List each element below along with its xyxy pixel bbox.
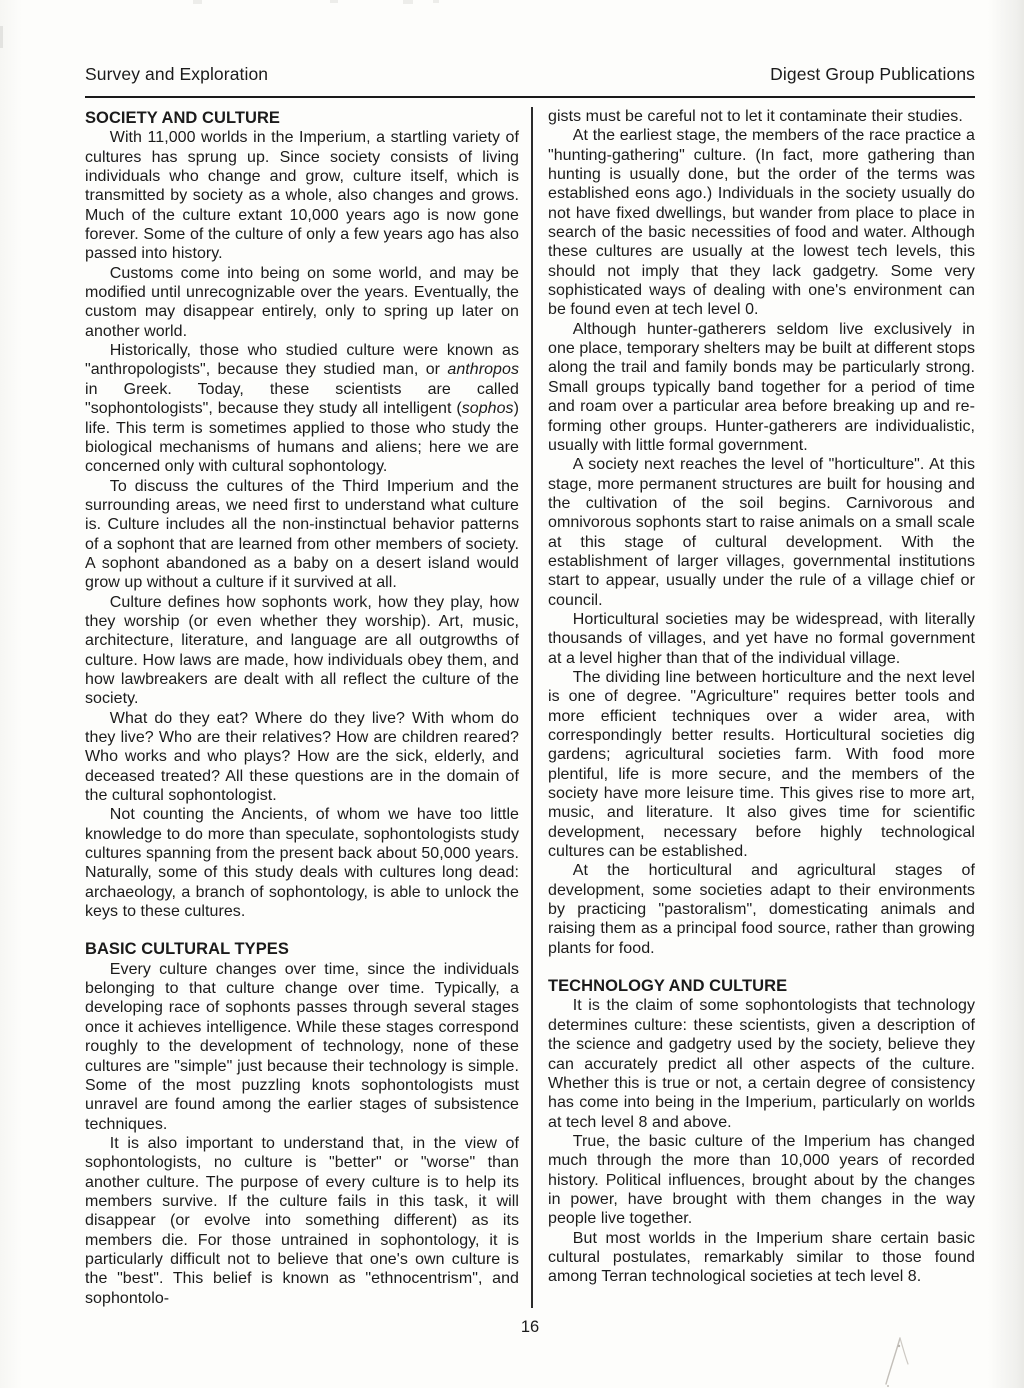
scan-artifact xyxy=(403,0,413,4)
running-header-left: Survey and Exploration xyxy=(85,64,268,85)
paragraph: To discuss the cultures of the Third Imp… xyxy=(85,477,519,593)
header-rule xyxy=(85,96,975,98)
right-column: gists must be careful not to let it cont… xyxy=(548,107,975,1308)
paragraph: What do they eat? Where do they live? Wi… xyxy=(85,709,519,806)
scan-artifact xyxy=(433,0,439,3)
paragraph: But most worlds in the Imperium share ce… xyxy=(548,1229,975,1287)
column-divider xyxy=(531,107,533,1308)
paragraph: Not counting the Ancients, of whom we ha… xyxy=(85,805,519,921)
paragraph: It is the claim of some sophontologists … xyxy=(548,996,975,1131)
paragraph: At the earliest stage, the members of th… xyxy=(548,126,975,319)
paragraph: Every culture changes over time, since t… xyxy=(85,960,519,1134)
paragraph: Historically, those who studied culture … xyxy=(85,341,519,476)
paragraph: With 11,000 worlds in the Imperium, a st… xyxy=(85,128,519,263)
page-number: 16 xyxy=(521,1318,539,1336)
paragraph: Although hunter-gatherers seldom live ex… xyxy=(548,320,975,455)
paragraph: It is also important to understand that,… xyxy=(85,1134,519,1308)
section-heading: TECHNOLOGY AND CULTURE xyxy=(548,977,975,996)
pencil-mark xyxy=(872,1322,920,1388)
scan-artifact xyxy=(193,0,202,4)
scanned-document-page: Survey and Exploration Digest Group Publ… xyxy=(0,0,1024,1388)
scan-artifact xyxy=(0,26,3,48)
section-heading: BASIC CULTURAL TYPES xyxy=(85,940,519,959)
running-header-right: Digest Group Publications xyxy=(770,64,975,85)
paragraph: True, the basic culture of the Imperium … xyxy=(548,1132,975,1229)
running-header: Survey and Exploration Digest Group Publ… xyxy=(85,64,975,85)
two-column-layout: SOCIETY AND CULTUREWith 11,000 worlds in… xyxy=(85,107,975,1308)
scan-artifact xyxy=(330,0,338,3)
page-footer: 16 xyxy=(85,1318,975,1337)
section-heading: SOCIETY AND CULTURE xyxy=(85,109,519,128)
paragraph: A society next reaches the level of "hor… xyxy=(548,455,975,610)
paragraph: Culture defines how sophonts work, how t… xyxy=(85,593,519,709)
paragraph: The dividing line between horticulture a… xyxy=(548,668,975,861)
paragraph: gists must be careful not to let it cont… xyxy=(548,107,975,126)
paragraph: Customs come into being on some world, a… xyxy=(85,264,519,341)
paragraph: Horticultural societies may be widesprea… xyxy=(548,610,975,668)
left-column: SOCIETY AND CULTUREWith 11,000 worlds in… xyxy=(85,107,519,1308)
paragraph: At the horticultural and agricultural st… xyxy=(548,861,975,958)
